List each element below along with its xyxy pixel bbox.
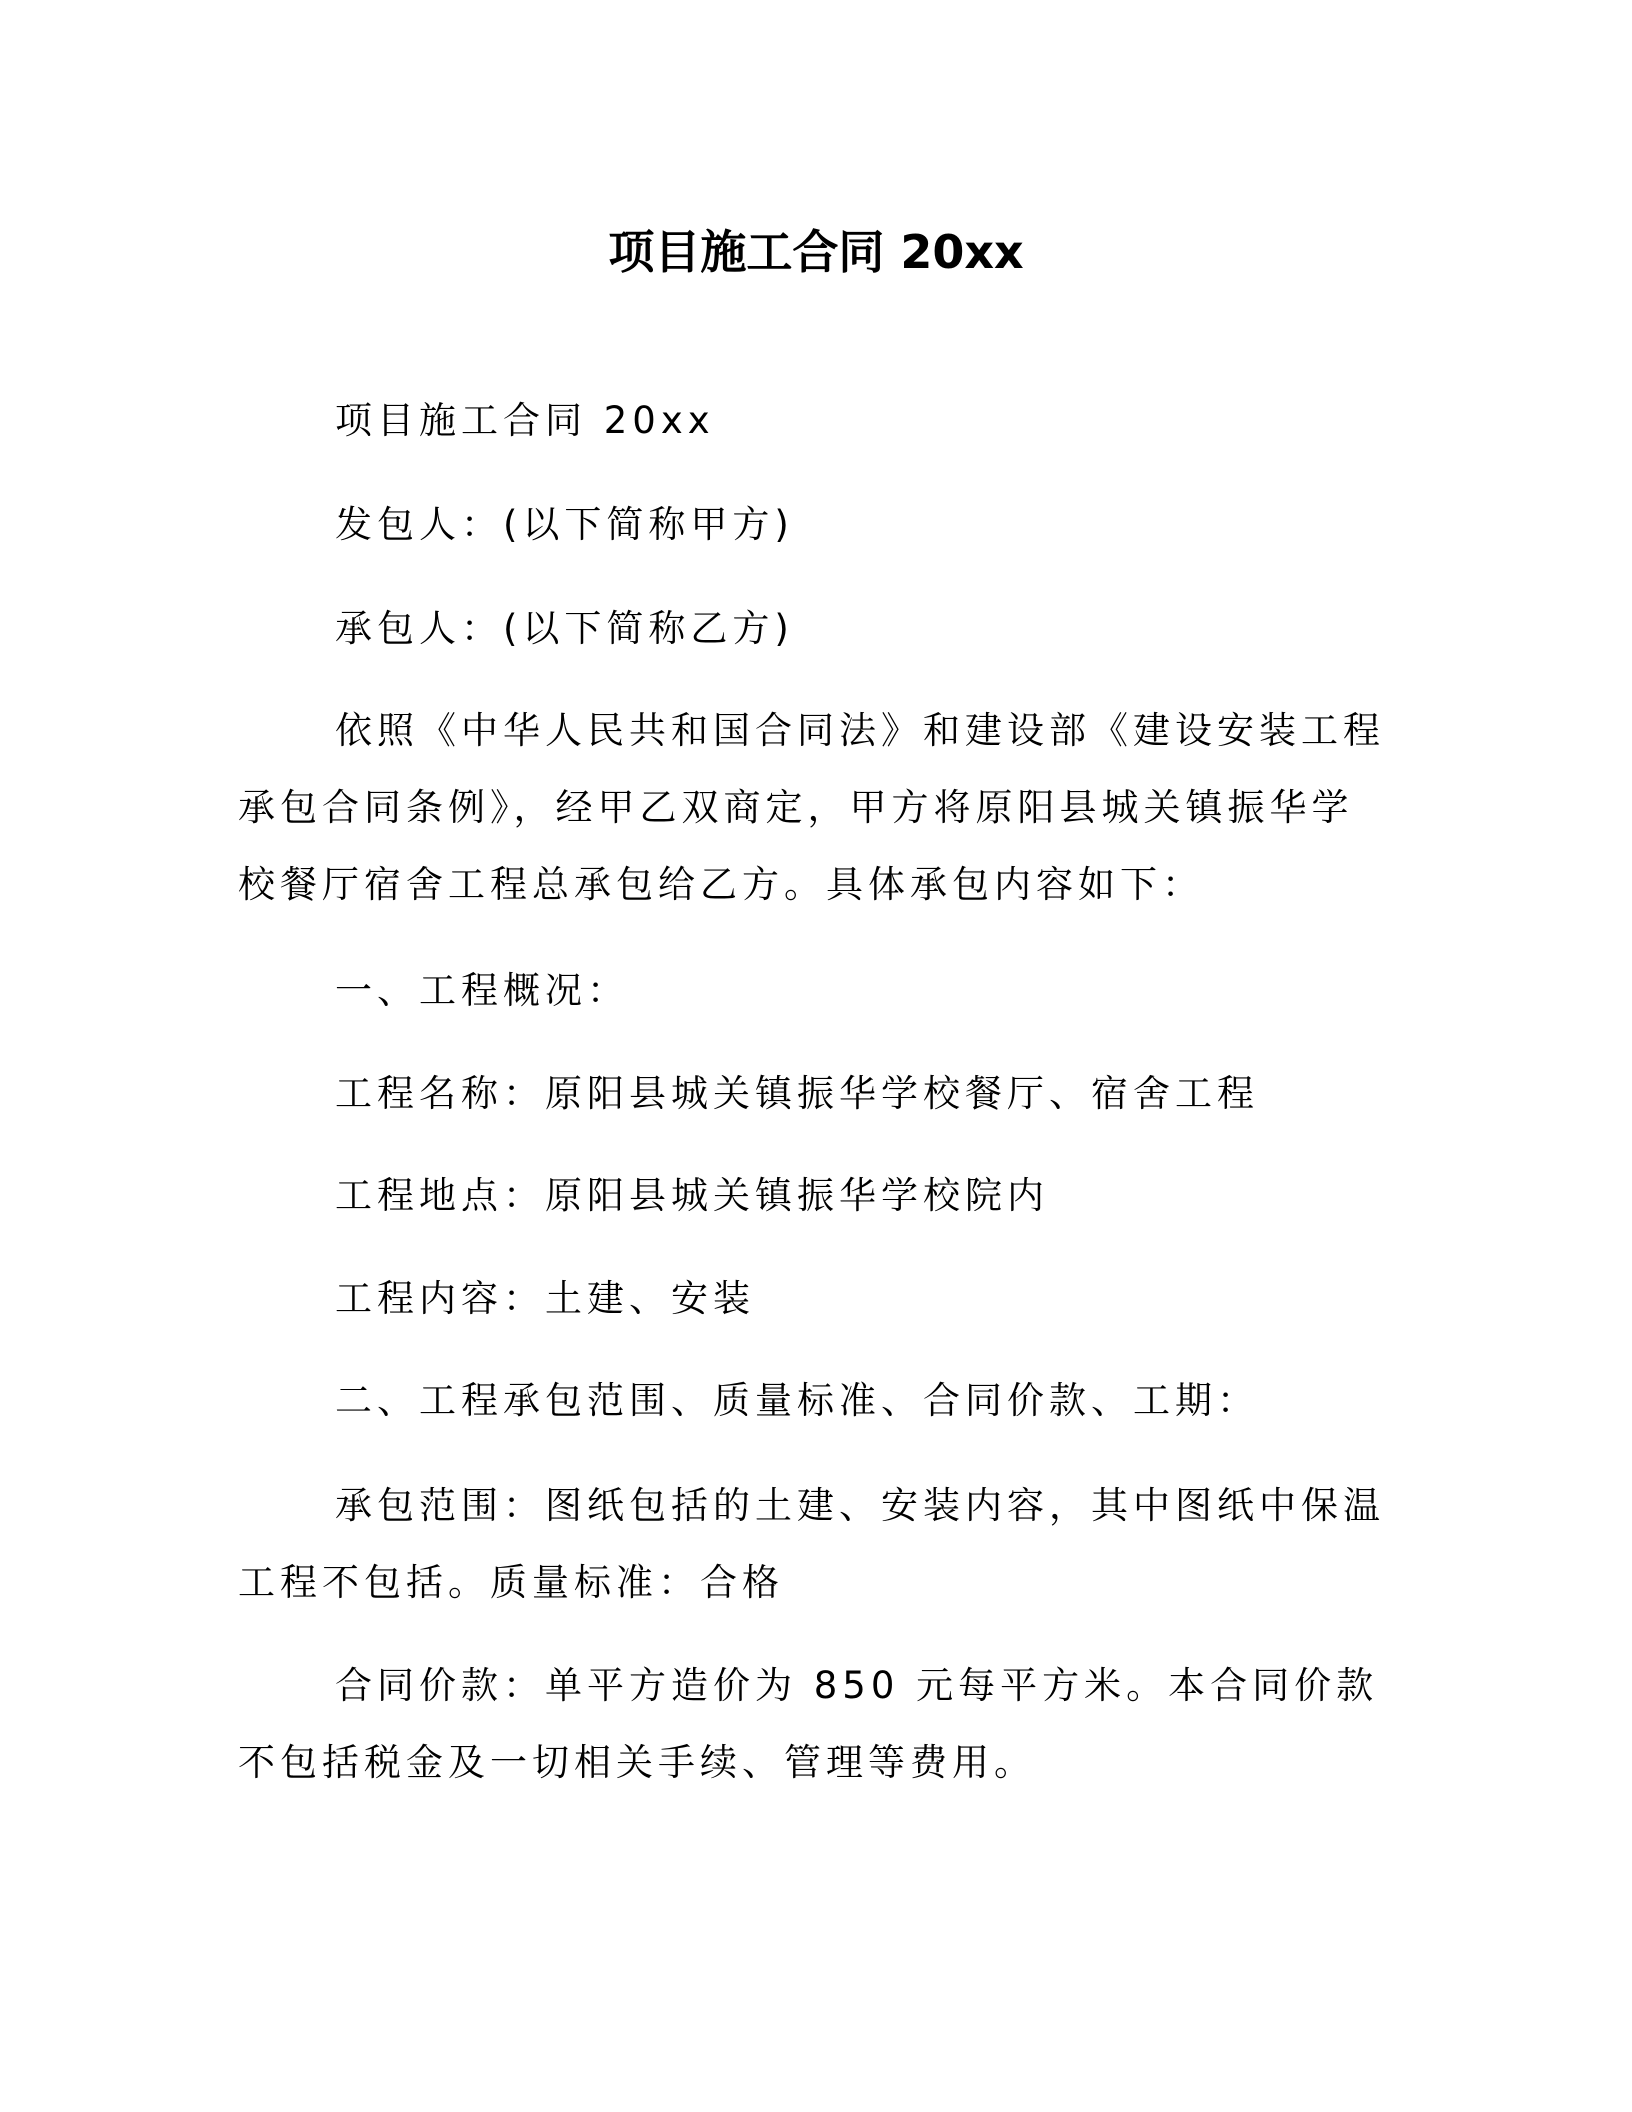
section-heading-1: 一、工程概况： bbox=[238, 952, 1388, 1029]
subtitle-line: 项目施工合同 20xx bbox=[238, 382, 1388, 459]
document-title: 项目施工合同 20xx bbox=[0, 222, 1632, 282]
project-name-line: 工程名称：原阳县城关镇振华学校餐厅、宿舍工程 bbox=[238, 1055, 1388, 1132]
project-content-line: 工程内容：土建、安装 bbox=[238, 1260, 1388, 1337]
section-heading-2: 二、工程承包范围、质量标准、合同价款、工期： bbox=[238, 1362, 1388, 1439]
contractor-line: 承包人：(以下简称乙方) bbox=[238, 590, 1388, 667]
project-location-line: 工程地点：原阳县城关镇振华学校院内 bbox=[238, 1157, 1388, 1234]
preamble-paragraph: 依照《中华人民共和国合同法》和建设部《建设安装工程承包合同条例》，经甲乙双商定，… bbox=[238, 692, 1388, 923]
price-paragraph: 合同价款：单平方造价为 850 元每平方米。本合同价款不包括税金及一切相关手续、… bbox=[238, 1647, 1388, 1801]
scope-paragraph: 承包范围：图纸包括的土建、安装内容，其中图纸中保温工程不包括。质量标准：合格 bbox=[238, 1467, 1388, 1621]
employer-line: 发包人：(以下简称甲方) bbox=[238, 486, 1388, 563]
